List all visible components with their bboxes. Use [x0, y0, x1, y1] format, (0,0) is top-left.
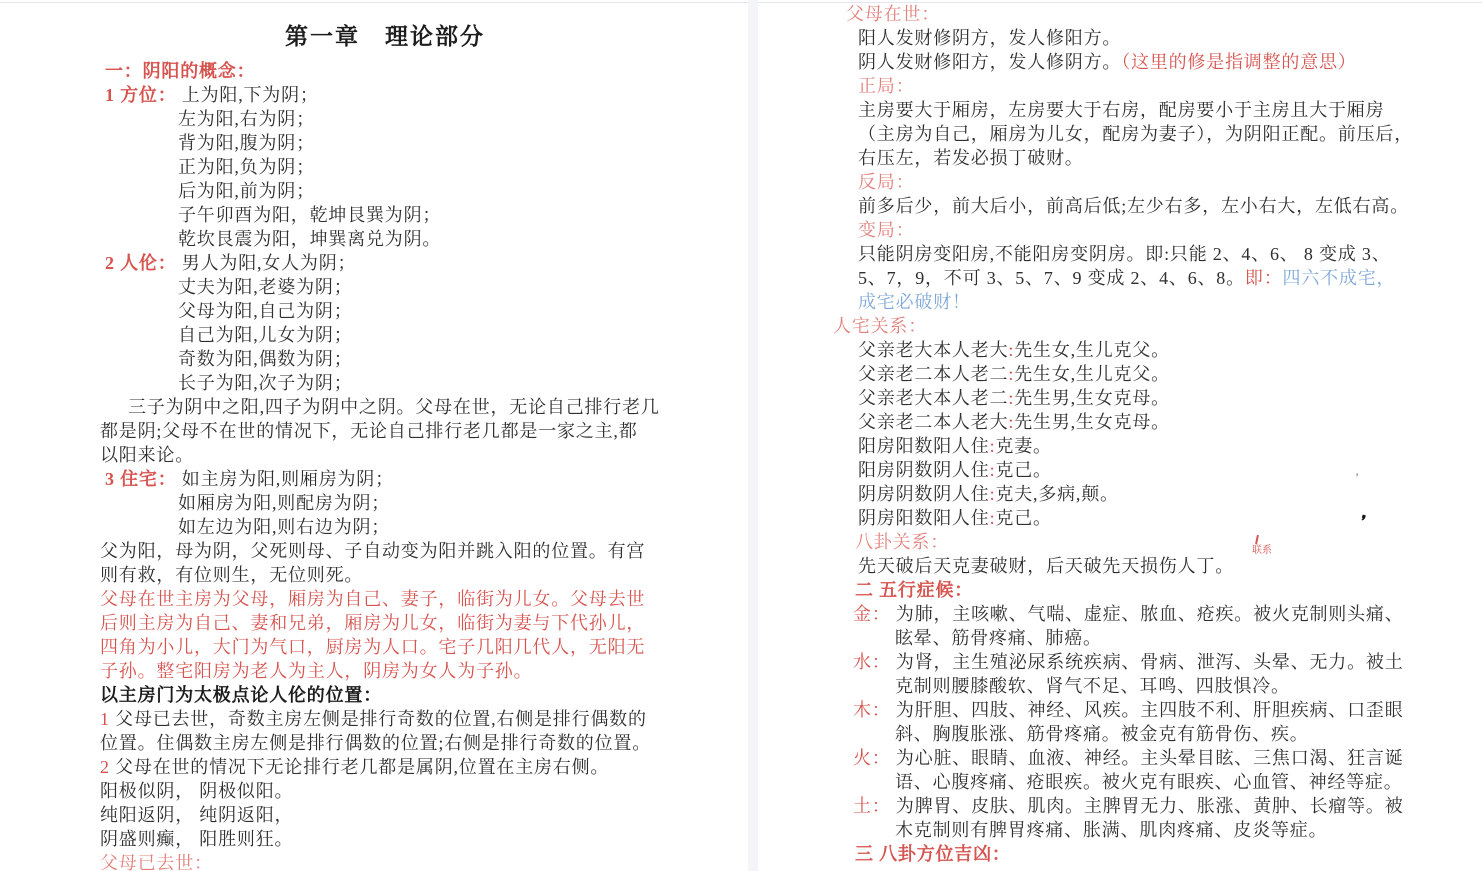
text-line: 阳极似阴， 阴极似阳。 — [100, 779, 752, 803]
text-line: 阴房阳数阳人住:克己。 — [833, 506, 1433, 530]
text-line: 则有救，有位则生，无位则死。 — [100, 563, 752, 587]
text-line: 克制则腰膝酸软、肾气不足、耳鸣、四肢惧冷。 — [833, 674, 1433, 698]
text-line: 5、7，9，不可 3、5、7、9 变成 2、4、6、8。即：四六不成宅， — [833, 266, 1433, 290]
item-fangwei: 1 方位： 上为阳,下为阴； — [100, 83, 752, 107]
text-line: 父亲老二本人老大:先生男,生女克母。 — [833, 410, 1433, 434]
text-line: 正为阳,负为阴； — [100, 155, 752, 179]
text-line: 阴人发财修阳方，发人修阴方。（这里的修是指调整的意思） — [833, 50, 1433, 74]
text-line: 右压左，若发必损丁破财。 — [833, 146, 1433, 170]
heading-yinyang-concept: 一：阴阳的概念： — [100, 59, 752, 83]
item-renlun: 2 人伦： 男人为阳,女人为阴； — [100, 251, 752, 275]
heading-bagua-fangwei: 三 八卦方位吉凶： — [833, 842, 1433, 866]
text-line: 如厢房为阳,则配房为阴； — [100, 491, 752, 515]
text-line: 长子为阳,次子为阴； — [100, 371, 752, 395]
handwritten-annotation: 联系 — [1252, 535, 1272, 556]
heading-taiji-position: 以主房门为太极点论人伦的位置： — [100, 683, 752, 707]
heading-renzhai-guanxi: 人宅关系： — [833, 314, 1433, 338]
text-line: 斜、胸腹胀涨、筋骨疼痛。被金克有筋骨伤、疾。 — [833, 722, 1433, 746]
text-line: 阳房阳数阳人住:克妻。 — [833, 434, 1433, 458]
text-line: 主房要大于厢房，左房要大于右房，配房要小于主房且大于厢房 — [833, 98, 1433, 122]
text-line: 成宅必破财！ — [833, 290, 1433, 314]
text-line: 父亲老大本人老大:先生女,生儿克父。 — [833, 338, 1433, 362]
text-line: 四角为小儿，大门为气口，厨房为人口。宅子几阳几代人，无阳无 — [100, 635, 752, 659]
page-title: 第一章 理论部分 — [100, 18, 670, 51]
left-page-column: 第一章 理论部分 一：阴阳的概念：1 方位： 上为阳,下为阴；左为阳,右为阴；背… — [100, 0, 752, 871]
text-line: 后则主房为自己、妻和兄弟，厢房为儿女，临街为妻与下代孙儿， — [100, 611, 752, 635]
text-line: 子孙。整宅阳房为老人为主人，阴房为女人为子孙。 — [100, 659, 752, 683]
text-line: 木克制则有脾胃疼痛、胀满、肌肉疼痛、皮炎等症。 — [833, 818, 1433, 842]
text-line: 左为阳,右为阴； — [100, 107, 752, 131]
text-line: 土： 为脾胃、皮肤、肌肉。主脾胃无力、胀涨、黄肿、长瘤等。被 — [833, 794, 1433, 818]
text-line: 先天破后天克妻破财，后天破先天损伤人丁。 — [833, 554, 1433, 578]
text-line: 阳房阴数阴人住:克己。 — [833, 458, 1433, 482]
text-line: 语、心腹疼痛、疮眼疾。被火克有眼疾、心血管、神经等症。 — [833, 770, 1433, 794]
text-line: 父亲老二本人老二:先生女,生儿克父。 — [833, 362, 1433, 386]
heading-bagua-guanxi: 八卦关系： — [833, 530, 1433, 554]
text-line: 阴盛则癫， 阳胜则狂。 — [100, 827, 752, 851]
text-line: 水： 为肾，主生殖泌尿系统疾病、骨病、泄泻、头晕、无力。被土 — [833, 650, 1433, 674]
text-line: 只能阴房变阳房,不能阳房变阴房。即:只能 2、4、6、 8 变成 3、 — [833, 242, 1433, 266]
text-line: 金： 为肺，主咳嗽、气喘、虚症、脓血、疮疾。被火克制则头痛、 — [833, 602, 1433, 626]
heading-parents-alive: 父母在世： — [833, 2, 1433, 26]
right-text-block: 父母在世：阳人发财修阴方，发人修阳方。阴人发财修阳方，发人修阴方。（这里的修是指… — [833, 2, 1433, 866]
annotation-text: 联系 — [1252, 545, 1272, 556]
text-line: 纯阳返阴， 纯阴返阳， — [100, 803, 752, 827]
text-line: 自己为阳,儿女为阴； — [100, 323, 752, 347]
text-line: 以阳来论。 — [100, 443, 752, 467]
text-line: 火： 为心脏、眼睛、血液、神经。主头晕目眩、三焦口渴、狂言诞 — [833, 746, 1433, 770]
text-line: 阳人发财修阴方，发人修阳方。 — [833, 26, 1433, 50]
text-line: 如左边为阳,则右边为阴； — [100, 515, 752, 539]
text-line: 父母在世主房为父母，厢房为自己、妻子，临街为儿女。父母去世 — [100, 587, 752, 611]
right-page-column: 父母在世：阳人发财修阴方，发人修阳方。阴人发财修阳方，发人修阴方。（这里的修是指… — [833, 0, 1433, 866]
text-line: 木： 为肝胆、四肢、神经、风疾。主四肢不利、肝胆疾病、口歪眼 — [833, 698, 1433, 722]
heading-bianju: 变局： — [833, 218, 1433, 242]
text-line: 丈夫为阳,老婆为阴； — [100, 275, 752, 299]
heading-wuxing-zhenghou: 二 五行症候： — [833, 578, 1433, 602]
heading-fanju: 反局： — [833, 170, 1433, 194]
text-line: 子午卯酉为阳，乾坤艮巽为阴； — [100, 203, 752, 227]
text-line: 阴房阴数阴人住:克夫,多病,颠。 — [833, 482, 1433, 506]
text-line: 都是阴;父母不在世的情况下，无论自己排行老几都是一家之主,都 — [100, 419, 752, 443]
text-line: 父为阳，母为阴，父死则母、子自动变为阳并跳入阳的位置。有宫 — [100, 539, 752, 563]
text-line: 前多后少，前大后小，前高后低;左少右多，左小右大，左低右高。 — [833, 194, 1433, 218]
item-zhuzhai: 3 住宅： 如主房为阳,则厢房为阴； — [100, 467, 752, 491]
heading-parents-deceased: 父母已去世： — [100, 851, 752, 871]
text-line: 父亲老大本人老二:先生男,生女克母。 — [833, 386, 1433, 410]
left-text-block: 一：阴阳的概念：1 方位： 上为阳,下为阴；左为阳,右为阴；背为阳,腹为阴；正为… — [100, 59, 752, 871]
text-line: 三子为阴中之阳,四子为阴中之阴。父母在世，无论自己排行老几 — [100, 395, 752, 419]
text-line: 背为阳,腹为阴； — [100, 131, 752, 155]
text-line: 位置。住偶数主房左侧是排行偶数的位置;右侧是排行奇数的位置。 — [100, 731, 752, 755]
text-line: 1 父母已去世，奇数主房左侧是排行奇数的位置,右侧是排行偶数的 — [100, 707, 752, 731]
heading-zhengju: 正局： — [833, 74, 1433, 98]
text-line: 2 父母在世的情况下无论排行老几都是属阴,位置在主房右侧。 — [100, 755, 752, 779]
text-line: 乾坎艮震为阳，坤巽离兑为阴。 — [100, 227, 752, 251]
text-line: 父母为阳,自己为阴； — [100, 299, 752, 323]
text-line: 奇数为阳,偶数为阴； — [100, 347, 752, 371]
text-line: 后为阳,前为阴； — [100, 179, 752, 203]
text-line: （主房为自己，厢房为儿女，配房为妻子），为阴阳正配。前压后， — [833, 122, 1433, 146]
text-line: 眩晕、筋骨疼痛、肺癌。 — [833, 626, 1433, 650]
scan-speck: ’ — [1355, 470, 1359, 485]
annotation-tick-mark — [1255, 535, 1259, 544]
